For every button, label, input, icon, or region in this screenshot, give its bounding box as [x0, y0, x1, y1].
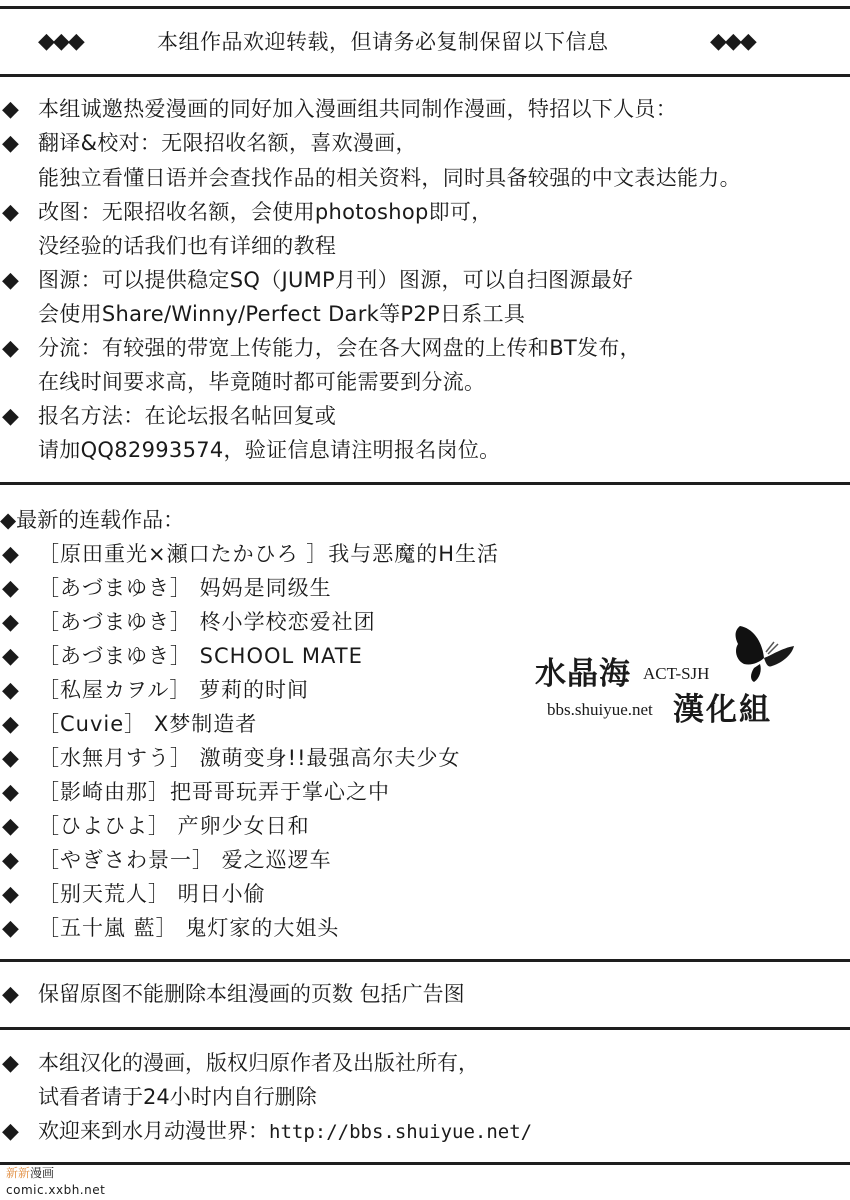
work-title: ［あづまゆき］ 柊小学校恋爱社团: [38, 610, 376, 634]
welcome-text: 欢迎来到水月动漫世界：: [38, 1119, 269, 1143]
copyright-line: ◆本组汉化的漫画，版权归原作者及出版社所有，: [0, 1046, 479, 1081]
work-title: ［ひよひよ］ 产卵少女日和: [38, 814, 310, 838]
work-item: ◆［别天荒人］ 明日小偷: [0, 877, 266, 912]
recruit-role-source-detail: 会使用Share/Winny/Perfect Dark等P2P日系工具: [0, 297, 525, 331]
diamond-bullet-icon: ◆: [0, 332, 38, 366]
work-item: ◆［あづまゆき］ SCHOOL MATE: [0, 639, 363, 674]
work-item: ◆［影崎由那］把哥哥玩弄于掌心之中: [0, 775, 390, 810]
role-text: 报名方法：在论坛报名帖回复或: [38, 404, 336, 428]
diamond-bullet-icon: ◆: [0, 978, 38, 1012]
role-text: 改图：无限招收名额，会使用photoshop即可，: [38, 200, 493, 224]
work-title: ［私屋カヲル］ 萝莉的时间: [38, 678, 309, 702]
recruit-apply-method-detail: 请加QQ82993574，验证信息请注明报名岗位。: [0, 433, 500, 467]
diamond-bullet-icon: ◆: [0, 844, 38, 878]
work-title: ［Cuvie］ X梦制造者: [38, 712, 257, 736]
recruit-role-editing-detail: 没经验的话我们也有详细的教程: [0, 229, 336, 263]
butterfly-icon: [730, 622, 800, 684]
diamond-bullet-icon: ◆: [0, 572, 38, 606]
forum-link[interactable]: http://bbs.shuiyue.net/: [269, 1121, 532, 1143]
role-detail-text: 没经验的话我们也有详细的教程: [38, 234, 336, 258]
header-banner: ◆◆◆ 本组作品欢迎转载，但请务必复制保留以下信息 ◆◆◆: [0, 22, 850, 62]
recruit-role-distribution-detail: 在线时间要求高，毕竟随时都可能需要到分流。: [0, 365, 485, 399]
logo-abbr: ACT-SJH: [643, 664, 709, 684]
recruit-role-distribution: ◆分流：有较强的带宽上传能力，会在各大网盘的上传和BT发布，: [0, 331, 641, 366]
notice-line: ◆保留原图不能删除本组漫画的页数 包括广告图: [0, 977, 465, 1012]
recruit-intro: ◆本组诚邀热爱漫画的同好加入漫画组共同制作漫画，特招以下人员：: [0, 92, 677, 127]
diamond-ornament-left-icon: ◆◆◆: [38, 26, 83, 58]
work-item: ◆［あづまゆき］ 妈妈是同级生: [0, 571, 332, 606]
notice-text: 保留原图不能删除本组漫画的页数 包括广告图: [38, 982, 465, 1006]
logo-group-name: 漢化組: [673, 684, 772, 729]
role-detail-text: 请加QQ82993574，验证信息请注明报名岗位。: [38, 438, 500, 462]
recruit-role-source: ◆图源：可以提供稳定SQ（JUMP月刊）图源，可以自扫图源最好: [0, 263, 633, 298]
work-item: ◆［Cuvie］ X梦制造者: [0, 707, 257, 742]
diamond-bullet-icon: ◆: [0, 912, 38, 946]
role-detail-text: 能独立看懂日语并会查找作品的相关资料，同时具备较强的中文表达能力。: [38, 166, 741, 190]
work-item: ◆［やぎさわ景一］ 爱之巡逻车: [0, 843, 332, 878]
diamond-bullet-icon: ◆: [0, 606, 38, 640]
top-rule: [0, 6, 850, 9]
work-item: ◆［五十嵐 藍］ 鬼灯家的大姐头: [0, 911, 339, 946]
recruit-intro-text: 本组诚邀热爱漫画的同好加入漫画组共同制作漫画，特招以下人员：: [38, 97, 677, 121]
work-title: ［别天荒人］ 明日小偷: [38, 882, 266, 906]
diamond-bullet-icon: ◆: [0, 1115, 38, 1149]
diamond-bullet-icon: ◆: [0, 776, 38, 810]
section-rule: [0, 482, 850, 485]
bottom-rule: [0, 1162, 850, 1165]
role-detail-text: 会使用Share/Winny/Perfect Dark等P2P日系工具: [38, 302, 525, 326]
logo-url: bbs.shuiyue.net: [547, 700, 653, 720]
work-title: ［あづまゆき］ 妈妈是同级生: [38, 576, 332, 600]
diamond-bullet-icon: ◆: [0, 93, 38, 127]
role-text: 翻译&校对：无限招收名额，喜欢漫画，: [38, 131, 417, 155]
diamond-ornament-right-icon: ◆◆◆: [710, 26, 755, 58]
work-item: ◆［あづまゆき］ 柊小学校恋爱社团: [0, 605, 376, 640]
logo-name: 水晶海: [535, 648, 631, 693]
section-rule: [0, 1027, 850, 1030]
diamond-bullet-icon: ◆: [0, 742, 38, 776]
diamond-bullet-icon: ◆: [0, 196, 38, 230]
role-text: 图源：可以提供稳定SQ（JUMP月刊）图源，可以自扫图源最好: [38, 268, 633, 292]
diamond-bullet-icon: ◆: [0, 708, 38, 742]
work-title: ［やぎさわ景一］ 爱之巡逻车: [38, 848, 332, 872]
watermark-brand-black: 漫画: [30, 1166, 54, 1180]
watermark-brand-orange: 新新: [6, 1166, 30, 1180]
work-title: ［影崎由那］把哥哥玩弄于掌心之中: [38, 780, 390, 804]
group-logo: 水晶海 ACT-SJH bbs.shuiyue.net 漢化組: [535, 622, 805, 722]
work-title: ［原田重光×瀬口たかひろ ］我与恶魔的H生活: [38, 542, 499, 566]
diamond-bullet-icon: ◆: [0, 127, 38, 161]
diamond-bullet-icon: ◆: [0, 400, 38, 434]
recruit-role-translation-detail: 能独立看懂日语并会查找作品的相关资料，同时具备较强的中文表达能力。: [0, 161, 741, 195]
diamond-bullet-icon: ◆: [0, 1047, 38, 1081]
work-item: ◆［水無月すう］ 激萌变身!!最强高尔夫少女: [0, 741, 461, 776]
header-title: 本组作品欢迎转载，但请务必复制保留以下信息: [157, 26, 609, 58]
role-text: 分流：有较强的带宽上传能力，会在各大网盘的上传和BT发布，: [38, 336, 641, 360]
recruit-apply-method: ◆报名方法：在论坛报名帖回复或: [0, 399, 336, 434]
header-bottom-rule: [0, 74, 850, 77]
work-item: ◆［原田重光×瀬口たかひろ ］我与恶魔的H生活: [0, 537, 499, 572]
diamond-bullet-icon: ◆: [0, 640, 38, 674]
diamond-bullet-icon: ◆: [0, 538, 38, 572]
recruit-role-translation: ◆翻译&校对：无限招收名额，喜欢漫画，: [0, 126, 417, 161]
works-heading: ◆最新的连载作品：: [0, 503, 184, 537]
work-title: ［あづまゆき］ SCHOOL MATE: [38, 644, 363, 668]
work-item: ◆［私屋カヲル］ 萝莉的时间: [0, 673, 309, 708]
watermark-brand: 新新漫画: [6, 1165, 54, 1181]
diamond-bullet-icon: ◆: [0, 810, 38, 844]
role-detail-text: 在线时间要求高，毕竟随时都可能需要到分流。: [38, 370, 485, 394]
diamond-bullet-icon: ◆: [0, 674, 38, 708]
work-title: ［五十嵐 藍］ 鬼灯家的大姐头: [38, 916, 339, 940]
copyright-text: 本组汉化的漫画，版权归原作者及出版社所有，: [38, 1051, 479, 1075]
diamond-bullet-icon: ◆: [0, 264, 38, 298]
copyright-detail-text: 试看者请于24小时内自行删除: [38, 1085, 317, 1109]
diamond-bullet-icon: ◆: [0, 878, 38, 912]
recruit-role-editing: ◆改图：无限招收名额，会使用photoshop即可，: [0, 195, 493, 230]
work-title: ［水無月すう］ 激萌变身!!最强高尔夫少女: [38, 746, 461, 770]
section-rule: [0, 959, 850, 962]
watermark-url: comic.xxbh.net: [6, 1182, 105, 1198]
copyright-line-2: 试看者请于24小时内自行删除: [0, 1080, 317, 1114]
works-heading-text: ◆最新的连载作品：: [0, 508, 184, 532]
welcome-line: ◆欢迎来到水月动漫世界：http://bbs.shuiyue.net/: [0, 1114, 532, 1149]
work-item: ◆［ひよひよ］ 产卵少女日和: [0, 809, 310, 844]
